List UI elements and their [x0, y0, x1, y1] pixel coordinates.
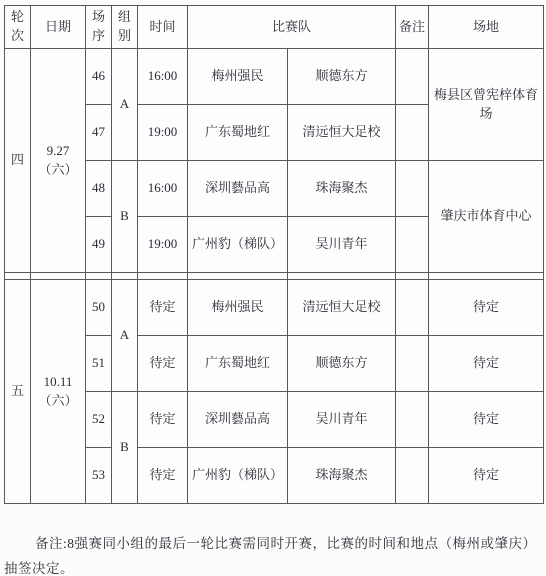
note-cell: [396, 49, 429, 105]
match-no-cell: 48: [86, 161, 112, 217]
date-line2: （六）: [33, 161, 83, 180]
note-cell: [396, 217, 429, 273]
match-no-cell: 53: [86, 448, 112, 504]
venue-cell: 待定: [429, 448, 544, 504]
table-row: 四 9.27 （六） 46 A 16:00 梅州强民 顺德东方 梅县区曾宪梓体育…: [5, 49, 544, 105]
footnote-line1: 备注:8强赛同小组的最后一轮比赛需同时开赛，比赛的时间和地点（梅州或肇庆）: [4, 531, 546, 556]
date-line2: （六）: [33, 392, 83, 411]
header-teams: 比赛队: [188, 6, 396, 49]
date-line1: 10.11: [33, 373, 83, 392]
footnote: 备注:8强赛同小组的最后一轮比赛需同时开赛，比赛的时间和地点（梅州或肇庆） 抽签…: [4, 531, 546, 576]
date-cell: 10.11 （六）: [31, 280, 86, 504]
table-row: 48 B 16:00 深圳藝品高 珠海聚杰 肇庆市体育中心: [5, 161, 544, 217]
time-cell: 待定: [138, 336, 188, 392]
away-team-cell: 顺德东方: [288, 49, 396, 105]
match-no-cell: 47: [86, 105, 112, 161]
away-team-cell: 珠海聚杰: [288, 161, 396, 217]
table-row: 五 10.11 （六） 50 A 待定 梅州强民 清远恒大足校 待定: [5, 280, 544, 336]
header-match-no: 场序: [86, 6, 112, 49]
header-date: 日期: [31, 6, 86, 49]
group-cell: A: [112, 49, 138, 161]
group-cell: B: [112, 161, 138, 273]
note-cell: [396, 105, 429, 161]
table-row: 51 待定 广东蜀地红 顺德东方 待定: [5, 336, 544, 392]
section-divider-row: [5, 273, 544, 280]
away-team-cell: 顺德东方: [288, 336, 396, 392]
round-cell: 四: [5, 49, 31, 273]
home-team-cell: 广州豹（梯队）: [188, 217, 288, 273]
match-no-cell: 52: [86, 392, 112, 448]
time-cell: 16:00: [138, 49, 188, 105]
home-team-cell: 梅州强民: [188, 280, 288, 336]
match-no-cell: 51: [86, 336, 112, 392]
table-row: 53 待定 广州豹（梯队） 珠海聚杰 待定: [5, 448, 544, 504]
time-cell: 16:00: [138, 161, 188, 217]
note-cell: [396, 336, 429, 392]
header-time: 时间: [138, 6, 188, 49]
home-team-cell: 深圳藝品高: [188, 161, 288, 217]
time-cell: 待定: [138, 392, 188, 448]
time-cell: 待定: [138, 280, 188, 336]
match-schedule-table: 轮次 日期 场序 组别 时间 比赛队 备注 场地 四 9.27 （六） 46 A…: [4, 5, 544, 504]
schedule-page: 轮次 日期 场序 组别 时间 比赛队 备注 场地 四 9.27 （六） 46 A…: [0, 0, 546, 576]
group-cell: A: [112, 280, 138, 392]
note-cell: [396, 392, 429, 448]
home-team-cell: 广东蜀地红: [188, 336, 288, 392]
date-line1: 9.27: [33, 142, 83, 161]
header-venue: 场地: [429, 6, 544, 49]
match-no-cell: 49: [86, 217, 112, 273]
round-cell: 五: [5, 280, 31, 504]
header-note: 备注: [396, 6, 429, 49]
away-team-cell: 吴川青年: [288, 392, 396, 448]
header-round: 轮次: [5, 6, 31, 49]
home-team-cell: 梅州强民: [188, 49, 288, 105]
note-cell: [396, 280, 429, 336]
home-team-cell: 广东蜀地红: [188, 105, 288, 161]
time-cell: 待定: [138, 448, 188, 504]
venue-cell: 肇庆市体育中心: [429, 161, 544, 273]
away-team-cell: 吴川青年: [288, 217, 396, 273]
home-team-cell: 广州豹（梯队）: [188, 448, 288, 504]
group-cell: B: [112, 392, 138, 504]
time-cell: 19:00: [138, 105, 188, 161]
away-team-cell: 清远恒大足校: [288, 105, 396, 161]
match-no-cell: 50: [86, 280, 112, 336]
home-team-cell: 深圳藝品高: [188, 392, 288, 448]
venue-cell: 梅县区曾宪梓体育场: [429, 49, 544, 161]
venue-cell: 待定: [429, 280, 544, 336]
date-cell: 9.27 （六）: [31, 49, 86, 273]
venue-cell: 待定: [429, 392, 544, 448]
note-cell: [396, 161, 429, 217]
table-row: 52 B 待定 深圳藝品高 吴川青年 待定: [5, 392, 544, 448]
away-team-cell: 珠海聚杰: [288, 448, 396, 504]
header-group: 组别: [112, 6, 138, 49]
venue-cell: 待定: [429, 336, 544, 392]
footnote-line2: 抽签决定。: [4, 556, 546, 576]
header-row: 轮次 日期 场序 组别 时间 比赛队 备注 场地: [5, 6, 544, 49]
time-cell: 19:00: [138, 217, 188, 273]
match-no-cell: 46: [86, 49, 112, 105]
away-team-cell: 清远恒大足校: [288, 280, 396, 336]
note-cell: [396, 448, 429, 504]
